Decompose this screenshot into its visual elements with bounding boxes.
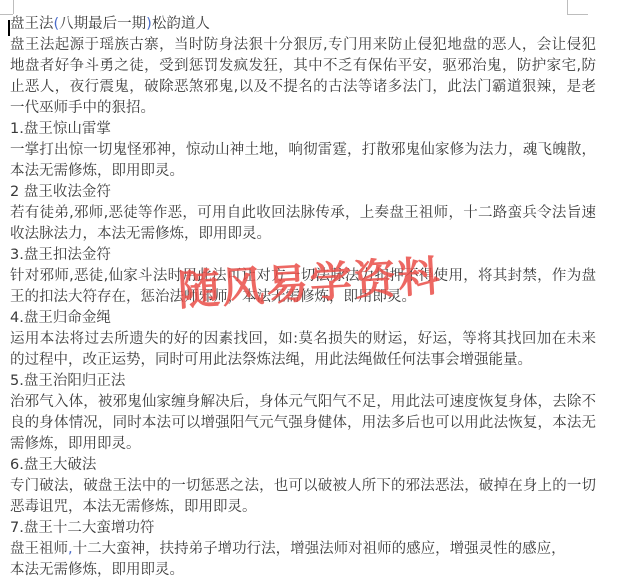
text-line-4: 止恶人，夜行震鬼，破除恶煞邪鬼,以及不提名的古法等诸多法门，此法门霸道狠辣，是老 [10,77,596,98]
text-line-9: 2 盘王收法金符 [10,182,596,203]
text-line-6: 1.盘王惊山雷掌 [10,119,596,140]
text-segment: 八期最后一期 [59,16,146,32]
text-line-20: 良的身体情况，同时本法可以增强阳气元气强身健体，用法多后也可以用此法恢复，本法无 [10,413,596,434]
text-line-3: 地盘者好争斗勇之徒，受到惩罚发疯发狂，其中不乏有保佑平安，驱邪治鬼，防护家宅,防 [10,56,596,77]
text-line-7: 一掌打出惊一切鬼怪邪神，惊动山神土地，响彻雷霆，打散邪鬼仙家修为法力，魂飞魄散， [10,140,596,161]
text-segment: 十二大蛮神，扶持弟子增功行法，增强法师对祖师的感应，增强灵性的感应， [73,541,566,557]
text-line-26: 盘王祖师,十二大蛮神，扶持弟子增功行法，增强法师对祖师的感应，增强灵性的感应， [10,539,596,560]
text-line-24: 恶毒诅咒，本法无需修炼，即用即灵。 [10,497,596,518]
text-line-19: 治邪气入体，被邪鬼仙家缠身解决后，身体元气阳气不足，用此法可速度恢复身体，去除不 [10,392,596,413]
text-segment: 盘王法 [10,16,54,32]
text-line-8: 本法无需修炼，即用即灵。 [10,161,596,182]
text-line-10: 若有徒弟,邪师,恶徒等作恶，可用自此收回法脉传承，上奏盘王祖师，十二路蛮兵令法旨… [10,203,596,224]
text-line-2: 盘王法起源于瑶族古寨，当时防身法狠十分狠厉,专门用来防止侵犯地盘的恶人，会让侵犯 [10,35,596,56]
text-line-17: 的过程中，改正运势，同时可用此法祭炼法绳，用此法绳做任何法事会增强能量。 [10,350,596,371]
text-line-27: 本法无需修炼，即用即灵。 [10,560,596,580]
margin-crop-mark-top-left-vertical [13,0,14,14]
text-segment: 松韵道人 [152,16,210,32]
text-line-13: 针对邪师,恶徒,仙家斗法时用此法可让对方一切法脉法力扣押不得使用，将其封禁，作为… [10,266,596,287]
text-line-15: 4.盘王归命金绳 [10,308,596,329]
text-line-12: 3.盘王扣法金符 [10,245,596,266]
text-line-5: 一代巫师手中的狠招。 [10,98,596,119]
text-line-25: 7.盘王十二大蛮增功符 [10,518,596,539]
text-line-14: 王的扣法大符存在，惩治法师邪师，本法无需修炼，即用即灵。 [10,287,596,308]
document-text-area[interactable]: 盘王法(八期最后一期)松韵道人盘王法起源于瑶族古寨，当时防身法狠十分狠厉,专门用… [10,14,596,580]
text-line-23: 专门破法，破盘王法中的一切惩恶之法，也可以破被人所下的邪法恶法，破掉在身上的一切 [10,476,596,497]
text-line-21: 需修炼，即用即灵。 [10,434,596,455]
text-line-1: 盘王法(八期最后一期)松韵道人 [10,14,596,35]
margin-crop-mark-top-right-vertical [567,0,568,14]
text-segment: 盘王祖师 [10,541,68,557]
text-line-22: 6.盘王大破法 [10,455,596,476]
text-line-11: 收法脉法力，本法无需修炼，即用即灵。 [10,224,596,245]
text-line-16: 运用本法将过去所遗失的好的因素找回，如:莫名损失的财运，好运，等将其找回加在未来 [10,329,596,350]
text-line-18: 5.盘王治阳归正法 [10,371,596,392]
